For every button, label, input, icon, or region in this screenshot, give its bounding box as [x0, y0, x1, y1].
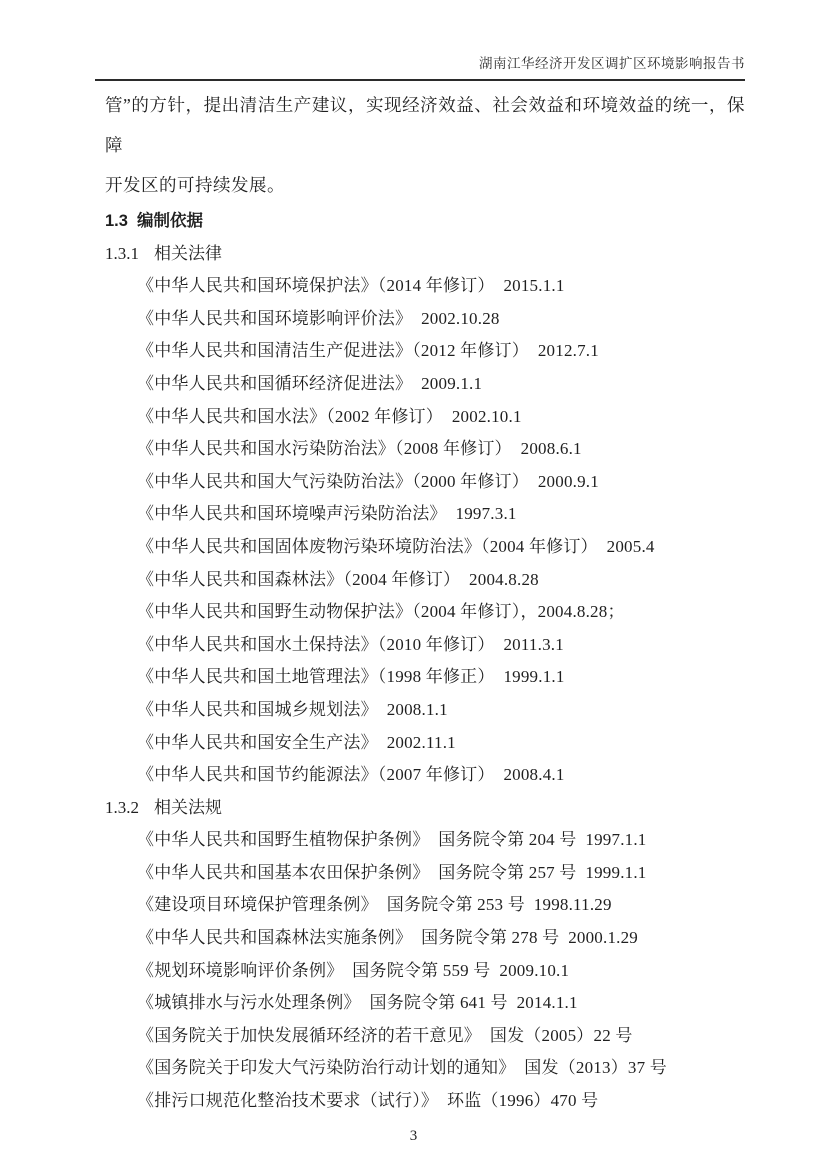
running-header: 湖南江华经济开发区调扩区环境影响报告书 — [95, 52, 745, 81]
law-item: 《中华人民共和国土地管理法》（1998 年修正） 1999.1.1 — [105, 661, 745, 694]
section-title: 编制依据 — [137, 212, 203, 230]
page-content: 管”的方针，提出清洁生产建议，实现经济效益、社会效益和环境效益的统一，保障 开发… — [105, 85, 745, 1118]
law-item: 《中华人民共和国节约能源法》（2007 年修订） 2008.4.1 — [105, 759, 745, 792]
regulation-item: 《国务院关于印发大气污染防治行动计划的通知》 国发（2013）37 号 — [105, 1052, 745, 1085]
intro-line-1: 管”的方针，提出清洁生产建议，实现经济效益、社会效益和环境效益的统一，保障 — [105, 85, 745, 165]
law-item: 《中华人民共和国安全生产法》 2002.11.1 — [105, 727, 745, 760]
regulation-item: 《排污口规范化整治技术要求（试行）》 环监（1996）470 号 — [105, 1085, 745, 1118]
subsection-laws-title: 相关法律 — [154, 244, 222, 263]
law-item: 《中华人民共和国环境影响评价法》 2002.10.28 — [105, 303, 745, 336]
law-item: 《中华人民共和国环境保护法》（2014 年修订） 2015.1.1 — [105, 270, 745, 303]
law-item: 《中华人民共和国循环经济促进法》 2009.1.1 — [105, 368, 745, 401]
law-item: 《中华人民共和国水土保持法》（2010 年修订） 2011.3.1 — [105, 629, 745, 662]
running-header-title: 湖南江华经济开发区调扩区环境影响报告书 — [479, 56, 745, 71]
law-item: 《中华人民共和国城乡规划法》 2008.1.1 — [105, 694, 745, 727]
regulation-item: 《中华人民共和国森林法实施条例》 国务院令第 278 号 2000.1.29 — [105, 922, 745, 955]
law-item: 《中华人民共和国环境噪声污染防治法》 1997.3.1 — [105, 498, 745, 531]
regulation-item: 《中华人民共和国野生植物保护条例》 国务院令第 204 号 1997.1.1 — [105, 824, 745, 857]
intro-paragraph: 管”的方针，提出清洁生产建议，实现经济效益、社会效益和环境效益的统一，保障 开发… — [105, 85, 745, 205]
law-item: 《中华人民共和国水法》（2002 年修订） 2002.10.1 — [105, 401, 745, 434]
page-number: 3 — [410, 1128, 418, 1144]
intro-line-2: 开发区的可持续发展。 — [105, 165, 745, 205]
subsection-regulations-heading: 1.3.2相关法规 — [105, 792, 745, 825]
page-footer: 3 — [0, 1128, 827, 1145]
subsection-regulations-number: 1.3.2 — [105, 798, 139, 817]
regulations-list: 《中华人民共和国野生植物保护条例》 国务院令第 204 号 1997.1.1 《… — [105, 824, 745, 1117]
subsection-regulations-title: 相关法规 — [154, 798, 222, 817]
law-item: 《中华人民共和国清洁生产促进法》（2012 年修订） 2012.7.1 — [105, 335, 745, 368]
subsection-laws-number: 1.3.1 — [105, 244, 139, 263]
document-page: 湖南江华经济开发区调扩区环境影响报告书 管”的方针，提出清洁生产建议，实现经济效… — [0, 0, 827, 1169]
law-item: 《中华人民共和国水污染防治法》（2008 年修订） 2008.6.1 — [105, 433, 745, 466]
law-item: 《中华人民共和国森林法》（2004 年修订） 2004.8.28 — [105, 564, 745, 597]
regulation-item: 《城镇排水与污水处理条例》 国务院令第 641 号 2014.1.1 — [105, 987, 745, 1020]
laws-list: 《中华人民共和国环境保护法》（2014 年修订） 2015.1.1 《中华人民共… — [105, 270, 745, 792]
regulation-item: 《中华人民共和国基本农田保护条例》 国务院令第 257 号 1999.1.1 — [105, 857, 745, 890]
law-item: 《中华人民共和国野生动物保护法》（2004 年修订），2004.8.28； — [105, 596, 745, 629]
regulation-item: 《国务院关于加快发展循环经济的若干意见》 国发（2005）22 号 — [105, 1020, 745, 1053]
section-number: 1.3 — [105, 212, 128, 230]
regulation-item: 《规划环境影响评价条例》 国务院令第 559 号 2009.10.1 — [105, 955, 745, 988]
section-heading: 1.3编制依据 — [105, 205, 745, 238]
law-item: 《中华人民共和国固体废物污染环境防治法》（2004 年修订） 2005.4 — [105, 531, 745, 564]
regulation-item: 《建设项目环境保护管理条例》 国务院令第 253 号 1998.11.29 — [105, 889, 745, 922]
subsection-laws-heading: 1.3.1相关法律 — [105, 238, 745, 271]
law-item: 《中华人民共和国大气污染防治法》（2000 年修订） 2000.9.1 — [105, 466, 745, 499]
